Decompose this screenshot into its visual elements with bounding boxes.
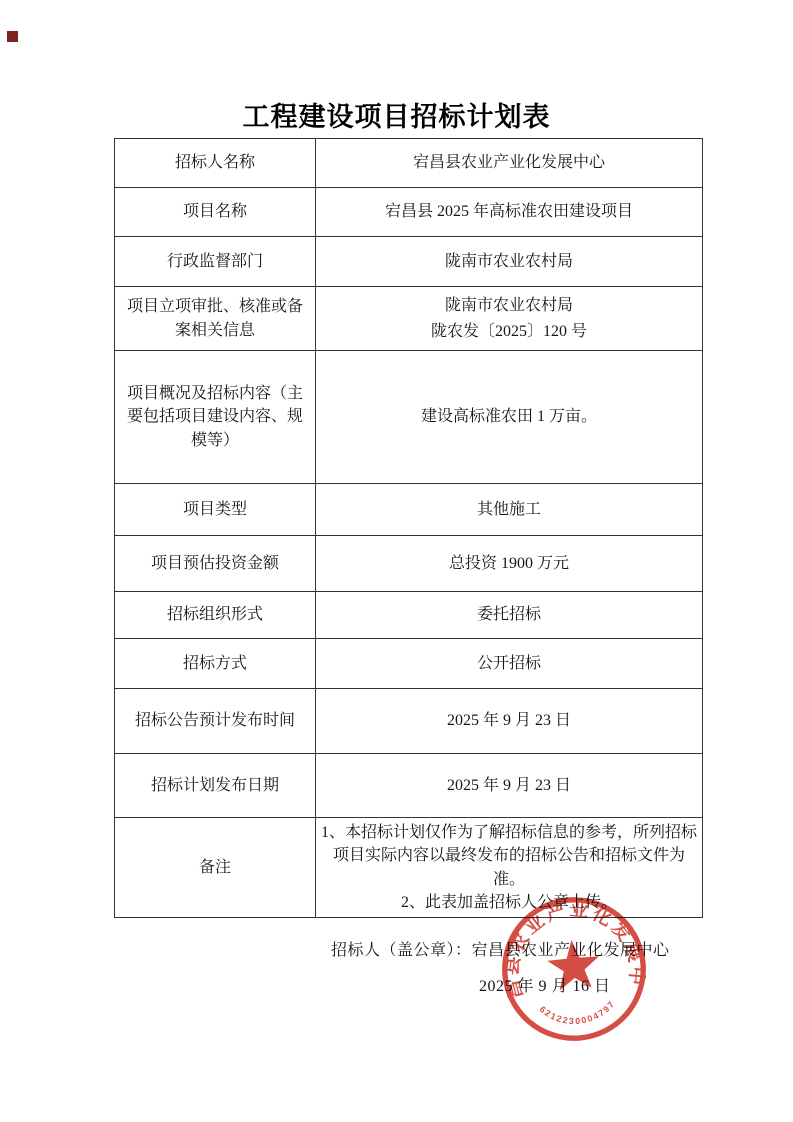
row-label-remarks: 备注 [115, 818, 316, 918]
table-row: 行政监督部门 陇南市农业农村局 [115, 237, 703, 287]
approval-org-line: 陇南市农业农村局 [321, 294, 697, 317]
table-row: 项目名称 宕昌县 2025 年高标准农田建设项目 [115, 188, 703, 237]
official-seal: 宕昌县农业产业化发展中心 6212230004797 [489, 884, 658, 1053]
row-value-organization-form: 委托招标 [316, 592, 703, 639]
row-label-supervisory-dept: 行政监督部门 [115, 237, 316, 287]
row-label-bidding-method: 招标方式 [115, 639, 316, 689]
row-label-project-overview: 项目概况及招标内容（主要包括项目建设内容、规模等） [115, 351, 316, 484]
approval-doc-number-line: 陇农发〔2025〕120 号 [321, 320, 697, 343]
row-label-announcement-date: 招标公告预计发布时间 [115, 689, 316, 754]
row-label-bidder-name: 招标人名称 [115, 139, 316, 188]
table-row: 项目概况及招标内容（主要包括项目建设内容、规模等） 建设高标准农田 1 万亩。 [115, 351, 703, 484]
row-value-project-type: 其他施工 [316, 484, 703, 536]
row-label-project-type: 项目类型 [115, 484, 316, 536]
row-value-bidding-method: 公开招标 [316, 639, 703, 689]
official-seal-icon: 宕昌县农业产业化发展中心 6212230004797 [489, 884, 658, 1053]
row-label-organization-form: 招标组织形式 [115, 592, 316, 639]
page-corner-marker [7, 31, 18, 42]
seal-code-text: 6212230004797 [537, 998, 619, 1030]
table-row: 项目类型 其他施工 [115, 484, 703, 536]
table-row: 项目立项审批、核准或备案相关信息 陇南市农业农村局 陇农发〔2025〕120 号 [115, 287, 703, 351]
table-row: 招标计划发布日期 2025 年 9 月 23 日 [115, 754, 703, 818]
seal-star-icon [546, 938, 602, 992]
row-value-project-overview: 建设高标准农田 1 万亩。 [316, 351, 703, 484]
row-value-approval-info: 陇南市农业农村局 陇农发〔2025〕120 号 [316, 287, 703, 351]
svg-text:6212230004797: 6212230004797 [537, 998, 619, 1030]
row-value-bidder-name: 宕昌县农业产业化发展中心 [316, 139, 703, 188]
row-value-supervisory-dept: 陇南市农业农村局 [316, 237, 703, 287]
row-value-project-name: 宕昌县 2025 年高标准农田建设项目 [316, 188, 703, 237]
row-label-estimated-investment: 项目预估投资金额 [115, 536, 316, 592]
row-value-plan-publish-date: 2025 年 9 月 23 日 [316, 754, 703, 818]
table-row: 招标组织形式 委托招标 [115, 592, 703, 639]
bidding-plan-table: 招标人名称 宕昌县农业产业化发展中心 项目名称 宕昌县 2025 年高标准农田建… [114, 138, 703, 918]
row-value-estimated-investment: 总投资 1900 万元 [316, 536, 703, 592]
table-row: 招标方式 公开招标 [115, 639, 703, 689]
row-value-announcement-date: 2025 年 9 月 23 日 [316, 689, 703, 754]
row-label-plan-publish-date: 招标计划发布日期 [115, 754, 316, 818]
page-title: 工程建设项目招标计划表 [0, 95, 793, 134]
table-row: 项目预估投资金额 总投资 1900 万元 [115, 536, 703, 592]
row-label-project-name: 项目名称 [115, 188, 316, 237]
table-row: 招标人名称 宕昌县农业产业化发展中心 [115, 139, 703, 188]
row-label-approval-info: 项目立项审批、核准或备案相关信息 [115, 287, 316, 351]
table-row: 招标公告预计发布时间 2025 年 9 月 23 日 [115, 689, 703, 754]
